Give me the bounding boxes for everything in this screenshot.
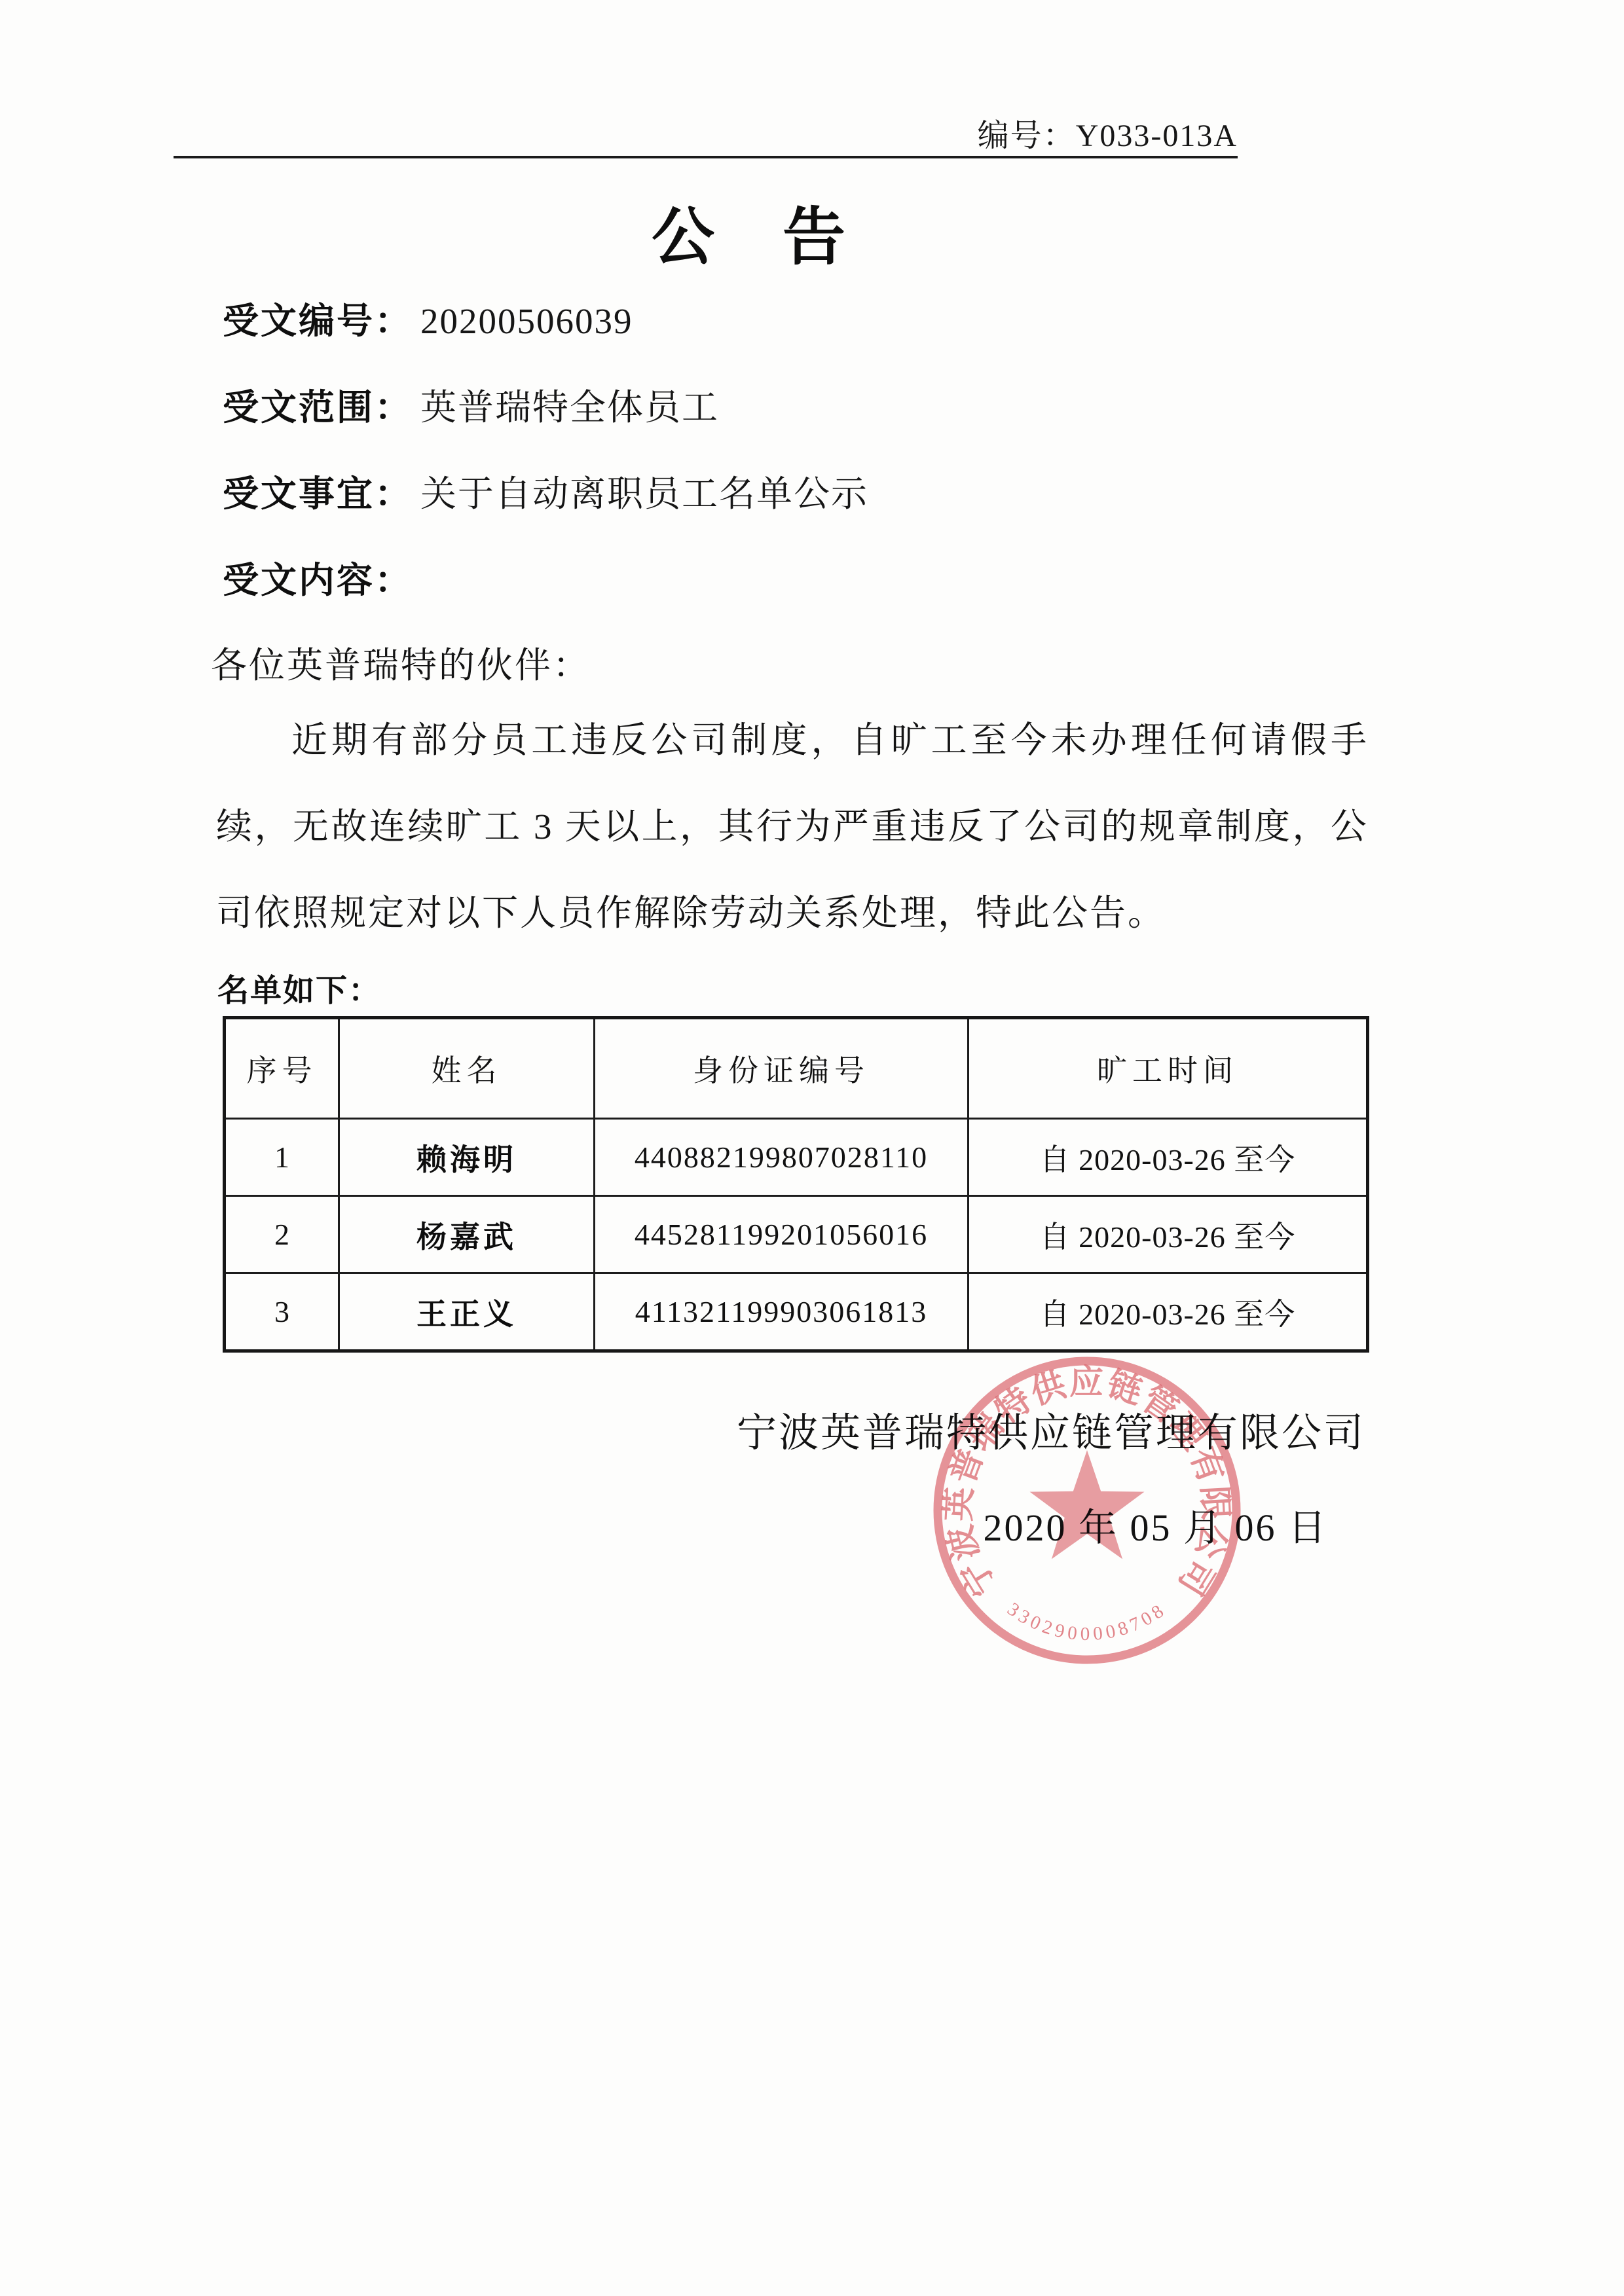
field-content: 受文内容： bbox=[223, 551, 420, 603]
col-header-absence-period: 旷工时间 bbox=[969, 1018, 1368, 1119]
table-row: 1 赖海明 440882199807028110 自 2020-03-26 至今 bbox=[225, 1119, 1368, 1196]
table-header-row: 序号 姓名 身份证编号 旷工时间 bbox=[225, 1018, 1368, 1119]
list-intro-line: 名单如下： bbox=[217, 965, 381, 1010]
field-label: 受文事宜： bbox=[223, 473, 413, 514]
field-subject: 受文事宜：关于自动离职员工名单公示 bbox=[223, 465, 868, 517]
field-label: 受文内容： bbox=[223, 560, 413, 600]
col-header-name: 姓名 bbox=[339, 1018, 595, 1119]
body-paragraph-line-3: 司依照规定对以下人员作解除劳动关系处理，特此公告。 bbox=[216, 890, 1369, 936]
absence-period-cell: 自 2020-03-26 至今 bbox=[969, 1119, 1368, 1196]
col-header-id-number: 身份证编号 bbox=[595, 1018, 969, 1119]
id-number-cell: 411321199903061813 bbox=[595, 1273, 969, 1351]
id-number-cell: 445281199201056016 bbox=[595, 1196, 969, 1273]
ref-value: Y033-013A bbox=[1076, 118, 1238, 153]
seal-star-icon bbox=[1030, 1450, 1145, 1559]
col-header-seq: 序号 bbox=[225, 1018, 339, 1119]
table-row: 3 王正义 411321199903061813 自 2020-03-26 至今 bbox=[225, 1273, 1368, 1351]
dismissal-roster-table: 序号 姓名 身份证编号 旷工时间 1 赖海明 44088219980702811… bbox=[223, 1016, 1369, 1353]
absence-period-cell: 自 2020-03-26 至今 bbox=[969, 1196, 1368, 1273]
absence-period-cell: 自 2020-03-26 至今 bbox=[969, 1273, 1368, 1351]
company-seal: 宁波英普瑞特供应链管理有限公司 3302900008708 bbox=[927, 1350, 1247, 1671]
name-cell: 王正义 bbox=[339, 1273, 595, 1351]
field-label: 受文范围： bbox=[223, 387, 413, 428]
name-cell: 赖海明 bbox=[339, 1119, 595, 1196]
field-value: 关于自动离职员工名单公示 bbox=[420, 474, 868, 514]
company-seal-graphic: 宁波英普瑞特供应链管理有限公司 3302900008708 bbox=[927, 1350, 1247, 1671]
field-scope: 受文范围：英普瑞特全体员工 bbox=[223, 378, 719, 430]
field-label: 受文编号： bbox=[223, 301, 413, 341]
id-number-cell: 440882199807028110 bbox=[595, 1119, 969, 1196]
seq-cell: 3 bbox=[225, 1273, 339, 1351]
seq-cell: 1 bbox=[225, 1119, 339, 1196]
name-cell: 杨嘉武 bbox=[339, 1196, 595, 1273]
field-receipt-number: 受文编号：20200506039 bbox=[223, 292, 633, 344]
body-paragraph-line-1: 近期有部分员工违反公司制度，自旷工至今未办理任何请假手 bbox=[216, 718, 1369, 763]
ref-label: 编号： bbox=[978, 118, 1076, 153]
table-row: 2 杨嘉武 445281199201056016 自 2020-03-26 至今 bbox=[225, 1196, 1368, 1273]
seal-registration-number: 3302900008708 bbox=[1003, 1599, 1170, 1645]
announcement-document-page: 编号：Y033-013A 公 告 受文编号：20200506039 受文范围：英… bbox=[0, 0, 1624, 2296]
document-title: 公 告 bbox=[0, 187, 1500, 277]
body-paragraph-line-2: 续，无故连续旷工 3 天以上，其行为严重违反了公司的规章制度，公 bbox=[216, 804, 1369, 850]
field-value: 英普瑞特全体员工 bbox=[420, 388, 719, 428]
document-ref-number: 编号：Y033-013A bbox=[978, 110, 1238, 155]
svg-text:3302900008708: 3302900008708 bbox=[1003, 1599, 1170, 1645]
header-divider-line bbox=[174, 156, 1238, 158]
field-value: 20200506039 bbox=[420, 301, 633, 341]
salutation-line: 各位英普瑞特的伙伴： bbox=[211, 636, 591, 688]
seq-cell: 2 bbox=[225, 1196, 339, 1273]
